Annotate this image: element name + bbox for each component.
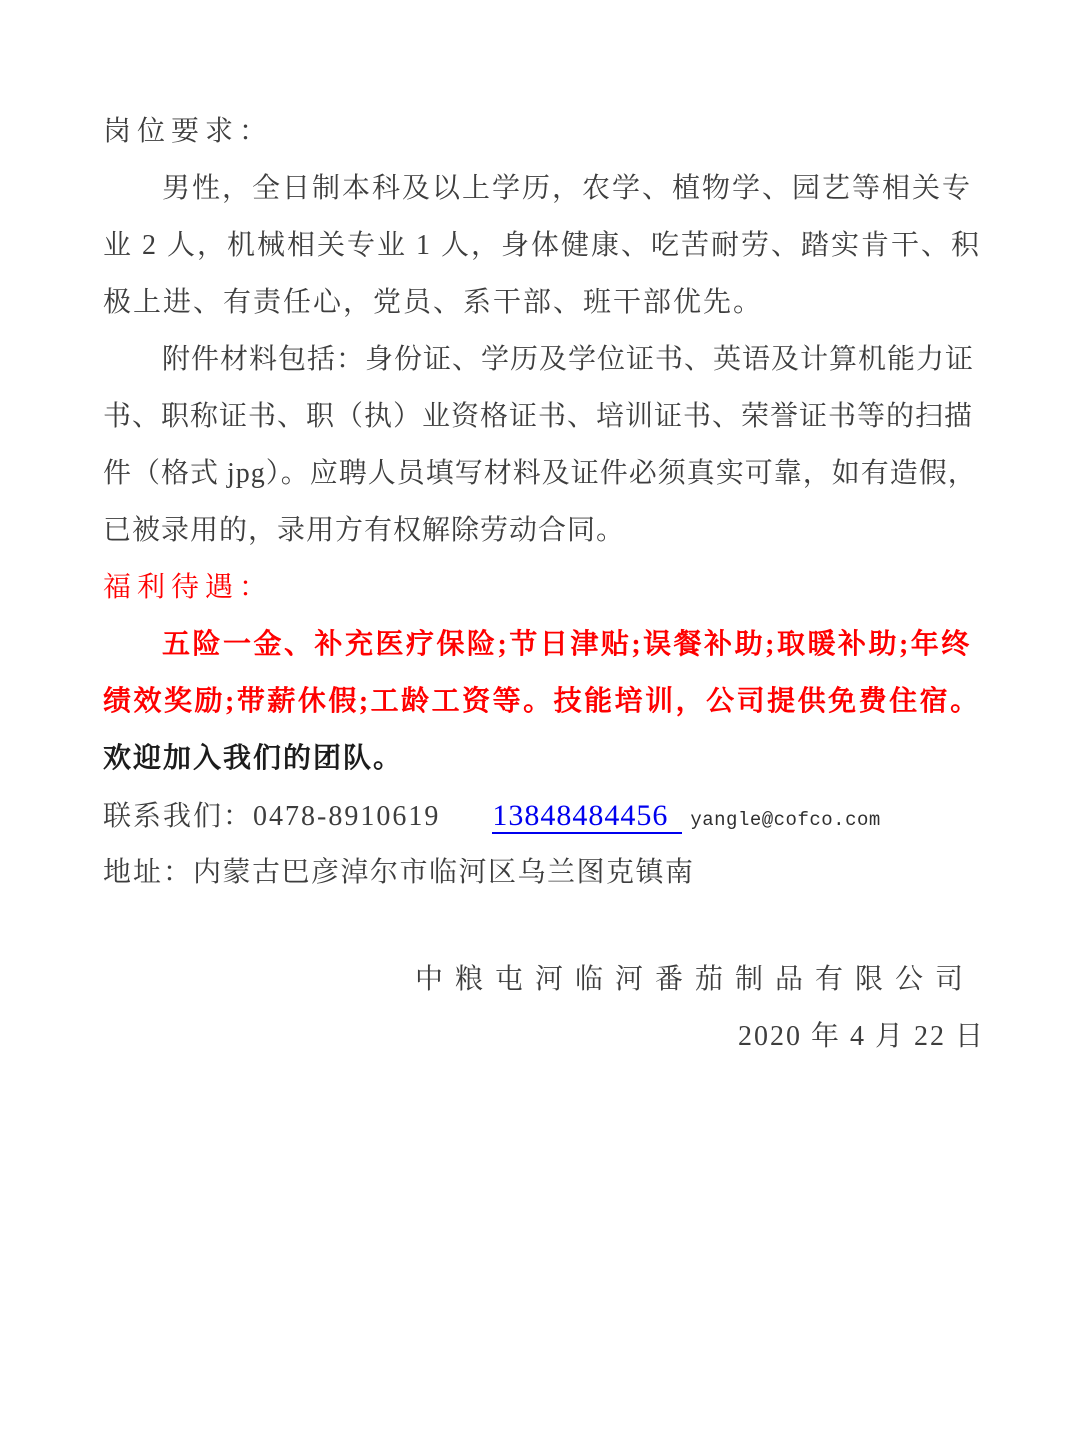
address-label: 地址： (103, 857, 193, 888)
requirements-line: 业 2 人，机械相关专业 1 人，身体健康、吃苦耐劳、踏实肯干、积 (103, 217, 985, 274)
attachments-line: 附件材料包括：身份证、学历及学位证书、英语及计算机能力证 (103, 331, 985, 388)
attachments-line: 书、职称证书、职（执）业资格证书、培训证书、荣誉证书等的扫描 (103, 388, 985, 445)
signature-date: 2020 年 4 月 22 日 (738, 1021, 985, 1052)
address-line: 地址：内蒙古巴彦淖尔市临河区乌兰图克镇南 (103, 844, 985, 901)
requirements-heading: 岗位要求： (103, 103, 985, 160)
benefits-heading: 福利待遇： (103, 559, 985, 616)
signature-company: 中粮屯河临河番茄制品有限公司 (415, 964, 975, 995)
signature-company-line: 中粮屯河临河番茄制品有限公司 (103, 951, 985, 1008)
contact-landline: 0478-8910619 (253, 801, 440, 832)
contact-line: 联系我们：0478-891061913848484456yangle@cofco… (103, 787, 985, 844)
document-page: 岗位要求： 男性，全日制本科及以上学历，农学、植物学、园艺等相关专 业 2 人，… (0, 0, 1080, 1441)
address-value: 内蒙古巴彦淖尔市临河区乌兰图克镇南 (193, 857, 695, 888)
benefits-closing: 欢迎加入我们的团队。 (103, 730, 985, 787)
requirements-line: 男性，全日制本科及以上学历，农学、植物学、园艺等相关专 (103, 160, 985, 217)
signature-date-line: 2020 年 4 月 22 日 (103, 1008, 985, 1065)
attachments-line: 件（格式 jpg）。应聘人员填写材料及证件必须真实可靠，如有造假， (103, 445, 985, 502)
contact-email: yangle@cofco.com (690, 809, 880, 831)
benefits-line: 五险一金、补充医疗保险;节日津贴;误餐补助;取暖补助;年终 (103, 616, 985, 673)
benefits-line: 绩效奖励;带薪休假;工龄工资等。技能培训，公司提供免费住宿。 (103, 673, 985, 730)
contact-label: 联系我们： (103, 801, 253, 832)
contact-mobile-link[interactable]: 13848484456 (492, 799, 682, 834)
attachments-line: 已被录用的，录用方有权解除劳动合同。 (103, 502, 985, 559)
requirements-line: 极上进、有责任心，党员、系干部、班干部优先。 (103, 274, 985, 331)
